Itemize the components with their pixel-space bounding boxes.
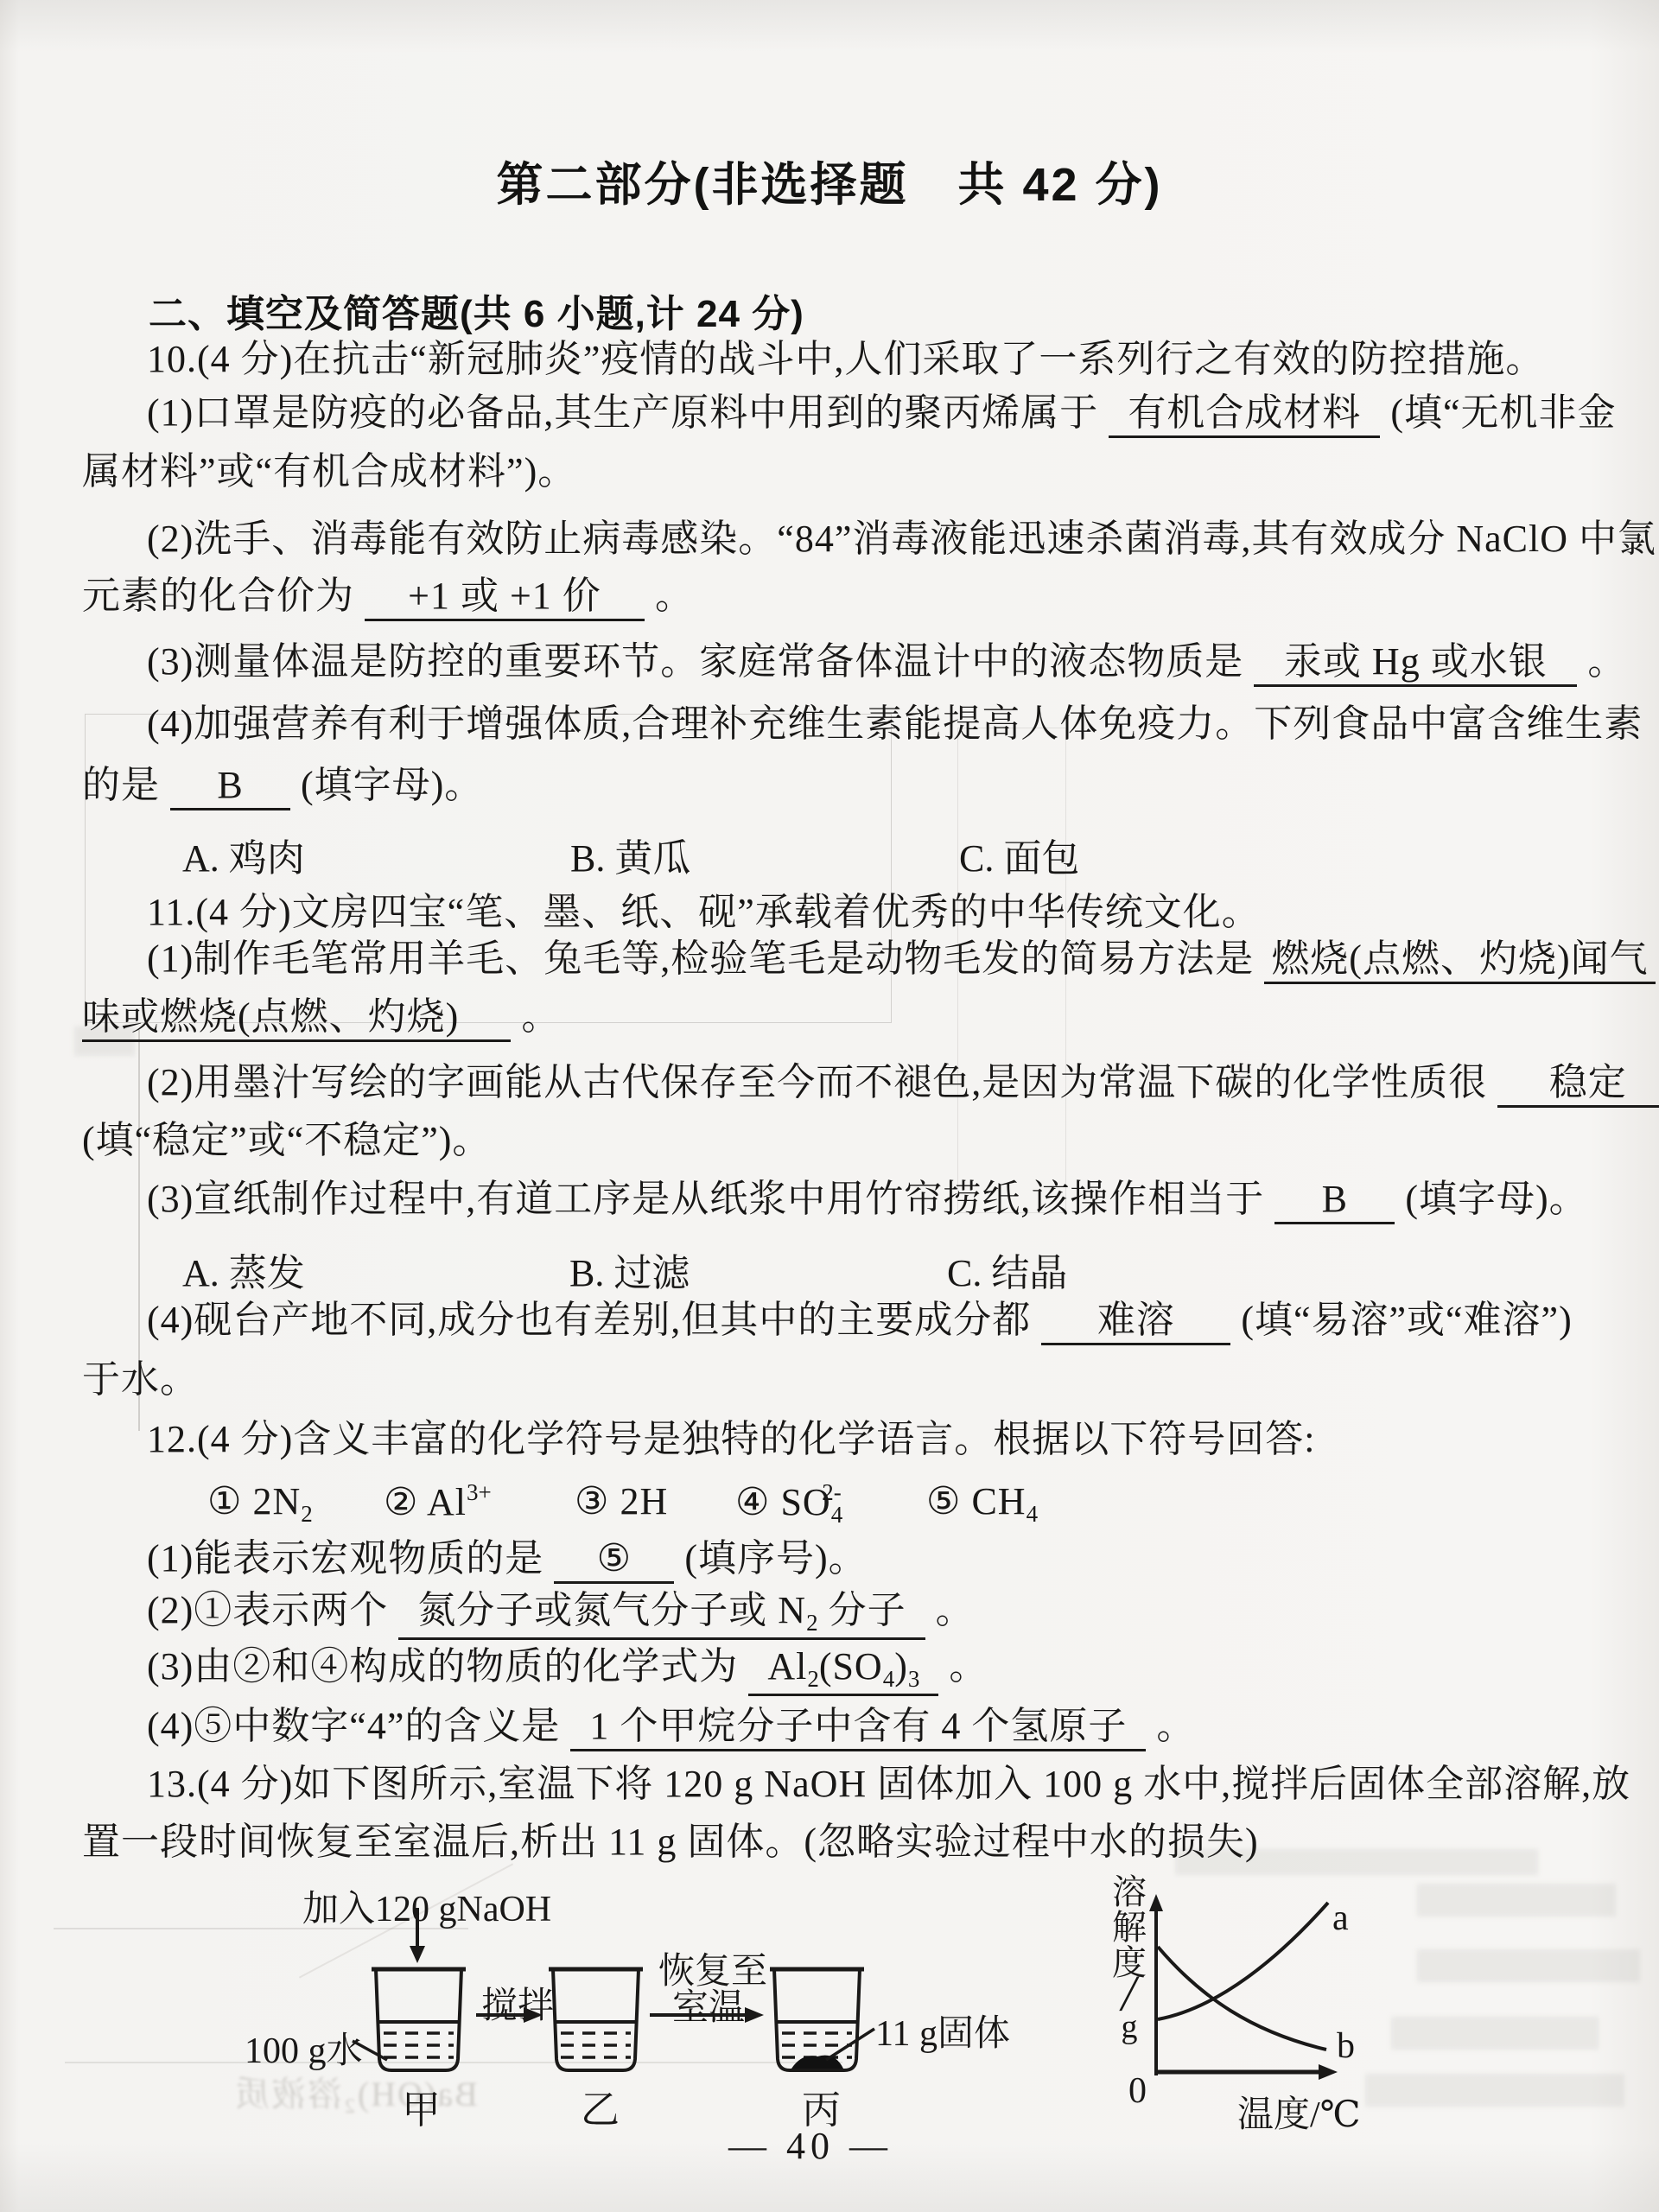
q12-stem: 12.(4 分)含义丰富的化学符号是独特的化学语言。根据以下符号回答: bbox=[147, 1417, 1316, 1462]
q11-option-c: C. 结晶 bbox=[947, 1242, 1067, 1297]
q12-part3-answer-blank: Al2(SO4)3 bbox=[748, 1647, 938, 1696]
stir-arrow-icon bbox=[476, 2007, 543, 2023]
q10-part2-answer-blank: +1 或 +1 价 bbox=[365, 576, 645, 621]
q11-part4-answer-blank: 难溶 bbox=[1041, 1300, 1230, 1345]
recover-arrow-icon bbox=[650, 2007, 764, 2023]
q10-option-c: C. 面包 bbox=[959, 827, 1079, 882]
q12-symbol-3: ③ 2H bbox=[575, 1479, 668, 1524]
graph-origin-label: 0 bbox=[1128, 2070, 1147, 2112]
q10-part1-answer-blank: 有机合成材料 bbox=[1109, 393, 1380, 438]
q10-part2-cont: 元素的化合价为 +1 或 +1 价 。 bbox=[82, 574, 694, 621]
q12-part2: (2)①表示两个 氮分子或氮气分子或 N2 分子 。 bbox=[147, 1588, 975, 1640]
experiment-diagram bbox=[346, 1901, 907, 2087]
q11-part2-text: (2)用墨汁写绘的字画能从古代保存至今而不褪色,是因为常温下碳的化学性质很 bbox=[147, 1061, 1487, 1103]
q11-part2: (2)用墨汁写绘的字画能从古代保存至今而不褪色,是因为常温下碳的化学性质很 稳定 bbox=[147, 1060, 1659, 1108]
down-arrow-icon bbox=[410, 1908, 425, 1963]
q11-part1-answer-blank-cont: 味或燃烧(点燃、灼烧) bbox=[82, 997, 511, 1042]
bleed-through-smudge bbox=[1417, 1884, 1616, 1916]
q10-part2-period: 。 bbox=[655, 575, 694, 617]
q11-part4-hint: (填“易溶”或“难溶”) bbox=[1241, 1299, 1572, 1341]
q12-part4-answer-blank: 1 个甲烷分子中含有 4 个氢原子 bbox=[570, 1707, 1146, 1751]
q10-option-b: B. 黄瓜 bbox=[570, 827, 690, 882]
curve-b-label: b bbox=[1337, 2025, 1355, 2067]
section-title: 二、填空及简答题(共 6 小题,计 24 分) bbox=[149, 292, 804, 337]
q11-part1-text: (1)制作毛笔常用羊毛、兔毛等,检验笔毛是动物毛发的简易方法是 bbox=[147, 938, 1254, 980]
q10-part1-text: (1)口罩是防疫的必备品,其生产原料中用到的聚丙烯属于 bbox=[147, 391, 1098, 434]
curve-a-label: a bbox=[1332, 1897, 1349, 1939]
curve-b bbox=[1158, 1947, 1326, 2050]
bleed-through-smudge bbox=[1391, 2017, 1599, 2050]
q10-part4-cont: 的是 B (填字母)。 bbox=[82, 763, 483, 810]
q10-part3: (3)测量体温是防控的重要环节。家庭常备体温计中的液态物质是 汞或 Hg 或水银… bbox=[147, 639, 1626, 687]
q11-part2-answer-blank: 稳定 bbox=[1497, 1063, 1659, 1108]
bleed-through-smudge bbox=[1417, 1949, 1640, 1982]
q11-part1: (1)制作毛笔常用羊毛、兔毛等,检验笔毛是动物毛发的简易方法是 燃烧(点燃、灼烧… bbox=[147, 937, 1656, 984]
q12-symbol-5: ⑤ CH4 bbox=[926, 1479, 1038, 1529]
q10-part1-hint: (填“无机非金 bbox=[1390, 391, 1616, 434]
beaker-jia-shape bbox=[372, 1969, 466, 2070]
q11-part4: (4)砚台产地不同,成分也有差别,但其中的主要成分都 难溶 (填“易溶”或“难溶… bbox=[147, 1298, 1573, 1345]
q10-part3-answer-blank: 汞或 Hg 或水银 bbox=[1254, 642, 1577, 687]
q11-option-b: B. 过滤 bbox=[569, 1242, 690, 1297]
q11-part3: (3)宣纸制作过程中,有道工序是从纸浆中用竹帘捞纸,该操作相当于 B (填字母)… bbox=[147, 1177, 1588, 1224]
q10-part3-text: (3)测量体温是防控的重要环节。家庭常备体温计中的液态物质是 bbox=[147, 640, 1243, 683]
q10-part1-cont: 属材料”或“有机合成材料”)。 bbox=[82, 449, 576, 494]
q12-part2-text: (2)①表示两个 bbox=[147, 1589, 388, 1631]
beaker-bing-shape bbox=[770, 1969, 864, 2070]
q12-part1-text: (1)能表示宏观物质的是 bbox=[147, 1537, 543, 1580]
q10-part4: (4)加强营养有利于增强体质,合理补充维生素能提高人体免疫力。下列食品中富含维生… bbox=[147, 702, 1643, 747]
q11-part3-hint: (填字母)。 bbox=[1405, 1178, 1587, 1220]
q11-stem: 11.(4 分)文房四宝“笔、墨、纸、砚”承载着优秀的中华传统文化。 bbox=[147, 890, 1261, 935]
q13-stem-line2: 置一段时间恢复至室温后,析出 11 g 固体。(忽略实验过程中水的损失) bbox=[82, 1820, 1259, 1865]
q12-part3: (3)由②和④构成的物质的化学式为 Al2(SO4)3 。 bbox=[147, 1644, 988, 1696]
q10-part2-cont-text: 元素的化合价为 bbox=[82, 575, 354, 617]
q10-stem: 10.(4 分)在抗击“新冠肺炎”疫情的战斗中,人们采取了一系列行之有效的防控措… bbox=[147, 337, 1544, 382]
q10-part4-hint: (填字母)。 bbox=[301, 764, 483, 806]
q11-option-a: A. 蒸发 bbox=[182, 1242, 305, 1297]
q11-part1-period: 。 bbox=[521, 995, 560, 1038]
q10-part4-answer-blank: B bbox=[170, 766, 290, 810]
q13-stem-line1: 13.(4 分)如下图所示,室温下将 120 g NaOH 固体加入 100 g… bbox=[147, 1762, 1630, 1807]
q12-part1-hint: (填序号)。 bbox=[684, 1537, 867, 1580]
q11-part2-cont: (填“稳定”或“不稳定”)。 bbox=[82, 1118, 491, 1163]
part-title: 第二部分(非选择题 共 42 分) bbox=[496, 158, 1162, 213]
q12-part4-period: 。 bbox=[1156, 1705, 1195, 1747]
q10-part2: (2)洗手、消毒能有效防止病毒感染。“84”消毒液能迅速杀菌消毒,其有效成分 N… bbox=[147, 517, 1656, 562]
q10-part1: (1)口罩是防疫的必备品,其生产原料中用到的聚丙烯属于 有机合成材料 (填“无机… bbox=[147, 391, 1617, 438]
q12-part1: (1)能表示宏观物质的是 ⑤ (填序号)。 bbox=[147, 1536, 868, 1584]
q12-part2-answer-blank: 氮分子或氮气分子或 N2 分子 bbox=[398, 1591, 925, 1640]
bleed-through-smudge bbox=[1365, 2074, 1624, 2107]
q12-part3-text: (3)由②和④构成的物质的化学式为 bbox=[147, 1645, 738, 1688]
q12-part4-text: (4)⑤中数字“4”的含义是 bbox=[147, 1705, 560, 1747]
q12-symbol-1: ① 2N2 bbox=[207, 1479, 313, 1529]
exam-paper-page: Ba(OH)₂溶液质 第二部分(非选择题 共 42 分) 二、填空及简答题(共 … bbox=[0, 0, 1659, 2212]
q10-part4-cont-text: 的是 bbox=[82, 764, 160, 806]
q12-part1-answer-blank: ⑤ bbox=[554, 1539, 674, 1584]
q10-option-a: A. 鸡肉 bbox=[182, 827, 305, 882]
curve-a bbox=[1158, 1903, 1328, 2019]
q11-part1-answer-blank: 燃烧(点燃、灼烧)闻气 bbox=[1264, 939, 1655, 984]
q12-symbol-4: ④ SO42- bbox=[735, 1479, 842, 1529]
beaker-yi-shape bbox=[549, 1969, 643, 2070]
q11-part4-text: (4)砚台产地不同,成分也有差别,但其中的主要成分都 bbox=[147, 1299, 1031, 1341]
q10-part3-period: 。 bbox=[1587, 640, 1626, 683]
q12-part2-period: 。 bbox=[936, 1589, 975, 1631]
q11-part3-text: (3)宣纸制作过程中,有道工序是从纸浆中用竹帘捞纸,该操作相当于 bbox=[147, 1178, 1264, 1220]
q12-part3-period: 。 bbox=[949, 1645, 988, 1688]
q12-symbol-2: ② Al3+ bbox=[384, 1479, 492, 1525]
q11-part3-answer-blank: B bbox=[1274, 1179, 1395, 1224]
page-number: — 40 — bbox=[728, 2124, 893, 2168]
graph-x-axis-label: 温度/℃ bbox=[1237, 2086, 1361, 2138]
water-pointer-line bbox=[353, 2041, 387, 2060]
q12-part4: (4)⑤中数字“4”的含义是 1 个甲烷分子中含有 4 个氢原子 。 bbox=[147, 1704, 1195, 1751]
q11-part4-cont: 于水。 bbox=[82, 1357, 199, 1402]
q11-part1-cont: 味或燃烧(点燃、灼烧) 。 bbox=[82, 995, 560, 1042]
